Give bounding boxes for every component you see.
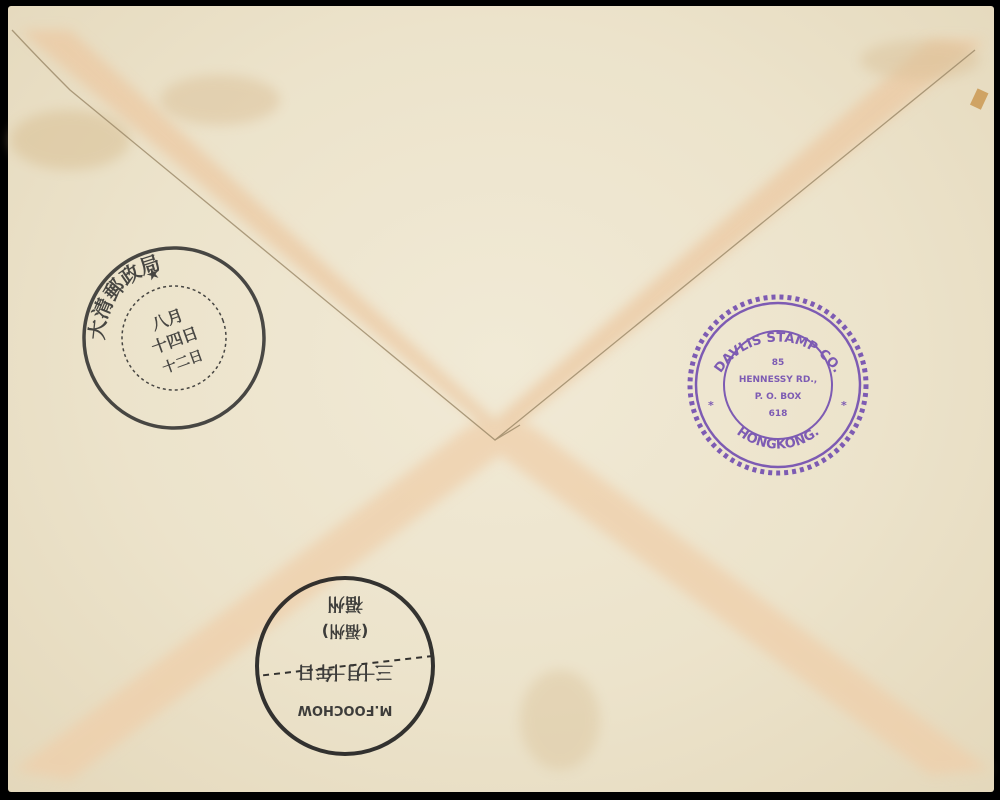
svg-text:DAVLIS STAMP CO.: DAVLIS STAMP CO. (712, 330, 845, 375)
svg-text:618: 618 (769, 409, 788, 419)
svg-text:P. O. BOX: P. O. BOX (755, 392, 802, 402)
postmark-left: 大清郵政局 八月 十四日 十二日 ★ (59, 223, 290, 454)
svg-text:年日: 年日 (297, 661, 333, 683)
flap-edges (12, 30, 975, 440)
svg-text:*: * (708, 399, 714, 412)
svg-text:85: 85 (772, 358, 785, 368)
svg-text:HENNESSY RD.,: HENNESSY RD., (739, 375, 817, 385)
postmark-bottom: M.FOOCHOW 三十 月十 年日 (福州) 福州 (257, 578, 433, 754)
svg-text:(福州): (福州) (322, 622, 369, 641)
svg-text:M.FOOCHOW: M.FOOCHOW (298, 702, 393, 717)
davlis-stamp-cachet: DAVLIS STAMP CO. HONGKONG. * * 85 HENNES… (690, 297, 866, 473)
svg-text:*: * (841, 399, 847, 412)
envelope-artwork: DAVLIS STAMP CO. HONGKONG. * * 85 HENNES… (0, 0, 1000, 800)
svg-text:福州: 福州 (327, 593, 363, 614)
svg-text:HONGKONG.: HONGKONG. (734, 424, 822, 452)
